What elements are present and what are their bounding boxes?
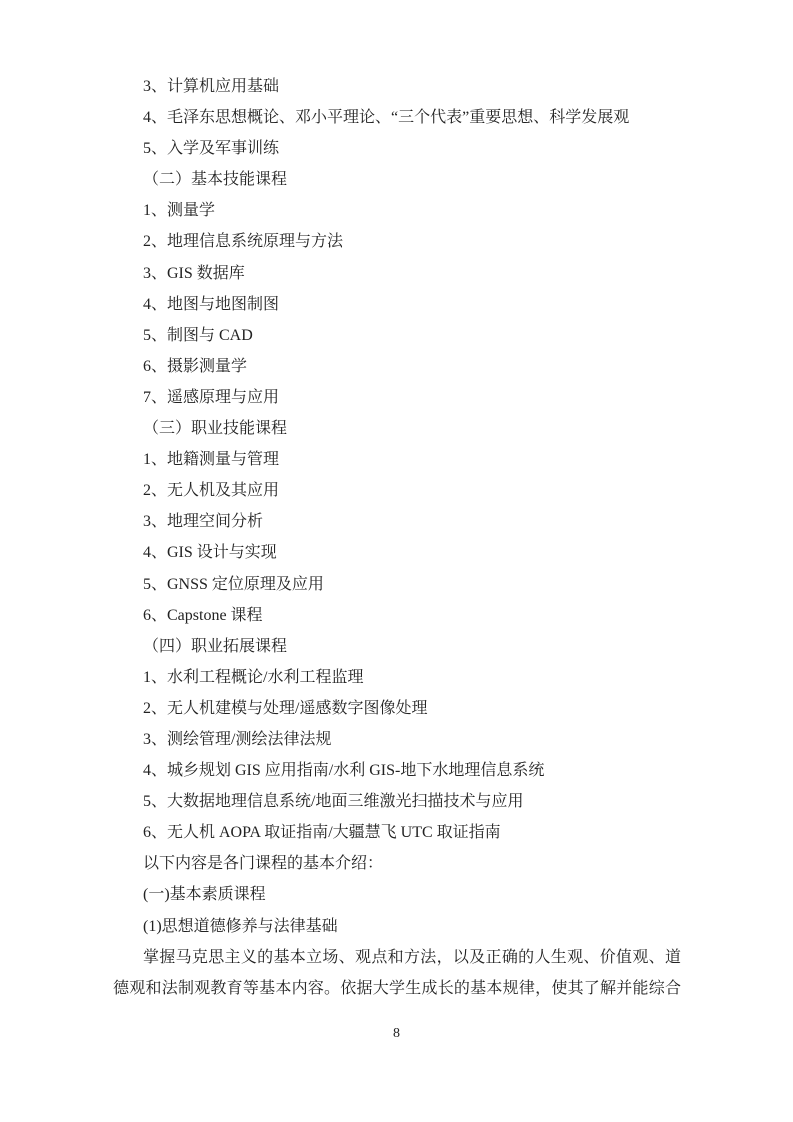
intro-section-heading: (一)基本素质课程 [113, 879, 681, 910]
course-item: 5、入学及军事训练 [113, 133, 681, 164]
paragraph-line: 掌握马克思主义的基本立场、观点和方法，以及正确的人生观、价值观、道 [113, 942, 681, 973]
course-item: 4、城乡规划 GIS 应用指南/水利 GIS-地下水地理信息系统 [113, 755, 681, 786]
section-heading-professional-expansion: （四）职业拓展课程 [113, 631, 681, 662]
course-item: 4、地图与地图制图 [113, 289, 681, 320]
section-heading-basic-skills: （二）基本技能课程 [113, 164, 681, 195]
course-item: 4、GIS 设计与实现 [113, 537, 681, 568]
course-item: 5、大数据地理信息系统/地面三维激光扫描技术与应用 [113, 786, 681, 817]
course-item: 3、GIS 数据库 [113, 258, 681, 289]
course-item: 3、计算机应用基础 [113, 71, 681, 102]
course-item: 6、无人机 AOPA 取证指南/大疆慧飞 UTC 取证指南 [113, 817, 681, 848]
course-item: 5、制图与 CAD [113, 320, 681, 351]
course-item: 7、遥感原理与应用 [113, 382, 681, 413]
course-item: 3、测绘管理/测绘法律法规 [113, 724, 681, 755]
section-heading-professional-skills: （三）职业技能课程 [113, 413, 681, 444]
course-item: 2、地理信息系统原理与方法 [113, 226, 681, 257]
course-item: 3、地理空间分析 [113, 506, 681, 537]
document-page: 3、计算机应用基础 4、毛泽东思想概论、邓小平理论、“三个代表”重要思想、科学发… [0, 0, 793, 1122]
course-intro-line: 以下内容是各门课程的基本介绍： [113, 848, 681, 879]
course-item: 2、无人机建模与处理/遥感数字图像处理 [113, 693, 681, 724]
intro-course-subheading: (1)思想道德修养与法律基础 [113, 911, 681, 942]
course-item: 1、水利工程概论/水利工程监理 [113, 662, 681, 693]
course-item: 1、地籍测量与管理 [113, 444, 681, 475]
course-item: 6、摄影测量学 [113, 351, 681, 382]
course-item: 5、GNSS 定位原理及应用 [113, 569, 681, 600]
course-item: 2、无人机及其应用 [113, 475, 681, 506]
page-number: 8 [0, 1025, 793, 1043]
course-item: 4、毛泽东思想概论、邓小平理论、“三个代表”重要思想、科学发展观 [113, 102, 681, 133]
course-item: 6、Capstone 课程 [113, 600, 681, 631]
paragraph-line: 德观和法制观教育等基本内容。依据大学生成长的基本规律，使其了解并能综合 [113, 973, 681, 1004]
course-item: 1、测量学 [113, 195, 681, 226]
page-body-text: 3、计算机应用基础 4、毛泽东思想概论、邓小平理论、“三个代表”重要思想、科学发… [113, 71, 681, 1004]
